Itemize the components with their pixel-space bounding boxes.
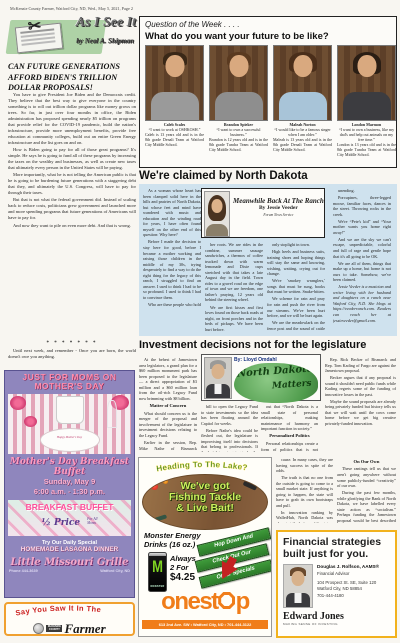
masthead-dateline: McKenzie County Farmer, Watford City, ND… <box>10 6 133 11</box>
investment-column-d: Rep. Rick Becker of Bismarck and Rep. To… <box>325 357 396 451</box>
centerpiece-bucket <box>56 396 84 424</box>
farmer-logo-text: Farmer <box>64 622 105 635</box>
ej-headline-line1: Financial strategies <box>283 536 390 548</box>
lasagna-line: HOMEMADE LASAGNA DINNER <box>5 546 134 554</box>
body-paragraph: More importantly, what he is not telling… <box>8 172 136 196</box>
face-shape <box>293 55 312 77</box>
student-bio: Maleah is 13 years old and is in the 8th… <box>273 137 332 152</box>
body-paragraph: Jessie Veeder is a musician and writer l… <box>333 284 391 323</box>
body-paragraph: High heels and business suits, training … <box>267 249 325 277</box>
body-paragraph: We're “Pete's kid” and “Your mother want… <box>333 219 391 236</box>
ranch-column-title: Meanwhile Back At The Ranch <box>233 197 324 205</box>
body-paragraph: How is Biden going to pay for all of tho… <box>8 147 136 171</box>
svg-text:Heading To The Lake?: Heading To The Lake? <box>156 460 249 473</box>
face-shape <box>229 55 248 77</box>
investment-column-b: bill to open the Legacy Fund to state in… <box>201 404 258 452</box>
suit-shape <box>286 593 310 607</box>
buffet-time: 6:00 a.m. - 1:30 p.m. <box>5 487 134 497</box>
body-paragraph: On Our Own <box>337 459 396 465</box>
ranch-column-byline: By Jessie Veeder <box>233 205 324 212</box>
nd-matters-title-line2: Matters <box>272 380 312 392</box>
editorial-headline: CAN FUTURE GENERATIONS AFFORD BIDEN'S TR… <box>8 62 136 94</box>
student-quote: “I want to own a successful business.” <box>209 127 268 137</box>
investment-column-c: out that “North Dakota is a small state … <box>261 404 318 452</box>
student-quote: “I want to own a business, like my dad's… <box>337 127 396 142</box>
advisor-photo <box>283 564 313 608</box>
body-paragraph: We scheme for rain and pray for rain and… <box>267 296 325 318</box>
body-paragraph: Before Nathe's idea could be fleshed out… <box>201 428 258 452</box>
body-paragraph: out that “North Dakota is a small state … <box>261 404 318 432</box>
dinner-plate: Happy Mother's Day <box>40 428 100 452</box>
heading-to-lake-arc: Heading To The Lake? <box>139 459 271 474</box>
rose-bouquet <box>10 396 26 410</box>
ranch-column-3: only stoplight in town.High heels and bu… <box>267 242 325 332</box>
restaurant-city: Watford City, ND <box>100 570 130 574</box>
buffet-date: Sunday, May 9 <box>5 477 134 487</box>
body-paragraph: We are the meadowlark on the fence post … <box>267 320 325 332</box>
face-shape <box>165 55 184 77</box>
body-paragraph: Matter of Concern <box>139 403 197 409</box>
scissors-mark-icon: ✂ <box>27 17 47 37</box>
omdahl-byline-box: By: Lloyd Omdahl North Dakota Matters <box>201 354 321 401</box>
jessie-veeder-photo <box>204 191 230 237</box>
body-paragraph: As a woman whose heart has been clamped … <box>143 188 201 238</box>
ranch-column-1: As a woman whose heart has been clamped … <box>143 188 201 332</box>
student-photo <box>273 45 332 121</box>
newspaper-page: McKenzie County Farmer, Watford City, ND… <box>0 0 400 643</box>
student-quote: “I would like to be a famous singer when… <box>273 127 332 137</box>
face-shape <box>357 55 376 77</box>
body-paragraph: Becker argues that if any proposal is so… <box>325 375 396 397</box>
student-profile: London Marmon “I want to own a business,… <box>337 45 396 157</box>
ranch-column-2: her roots. We are rides in the combine, … <box>205 242 263 332</box>
body-paragraph: What should concern us is the merger of … <box>139 411 197 439</box>
plate-greeting-text: Happy Mother's Day <box>41 436 99 439</box>
onestop-logo: onestp <box>139 590 271 614</box>
north-dakota-map-graphic: North Dakota Matters <box>234 363 318 403</box>
body-paragraph: unending. <box>333 188 391 194</box>
student-bio: Brandon is 12 years old and is in the 8t… <box>209 137 268 152</box>
body-paragraph: We are all of them, things that make up … <box>333 261 391 283</box>
face-shape <box>212 364 225 379</box>
body-paragraph: Who are these people who hold <box>143 302 201 308</box>
question-of-week-box: Question of the Week . . . . What do you… <box>139 16 397 168</box>
oval-text-line3: & Live Bait! <box>143 503 267 514</box>
monster-can-image: M MONSTER <box>148 552 167 592</box>
body-paragraph: Maybe the sound proposals are already be… <box>325 399 396 427</box>
body-paragraph: The truth is that no one from the outsid… <box>276 475 333 508</box>
body-paragraph: You have to give President Joe Biden and… <box>8 92 136 145</box>
ranch-column-header-box: Meanwhile Back At The Ranch By Jessie Ve… <box>201 188 325 238</box>
nd-matters-title-line1: North Dakota <box>237 364 314 379</box>
always-text: Always <box>170 554 196 563</box>
body-paragraph: We are first kisses and first loves foun… <box>205 305 263 332</box>
advisor-name: Douglas J. Rolfson, AAMS® <box>317 564 379 571</box>
student-photo <box>209 45 268 121</box>
restaurant-name: Little Missouri Grille <box>5 557 134 568</box>
qow-kicker: Question of the Week . . . . <box>145 20 391 30</box>
half-price-text: ½ Price <box>41 519 80 529</box>
monster-claw-logo: M <box>149 558 166 574</box>
logo-text-pre: onest <box>161 588 218 615</box>
body-paragraph: And now they want to pile on even more d… <box>8 223 136 229</box>
body-paragraph: Personal relationships create a form of … <box>261 441 318 452</box>
ranch-column-credit: Forum News Service <box>233 213 324 218</box>
wine-glass <box>107 400 117 428</box>
breakfast-buffet-banner: BREAKFAST BUFFET ½ Price For All Moms <box>8 500 131 536</box>
body-paragraph: her roots. We are rides in the combine, … <box>205 242 263 303</box>
lloyd-omdahl-photo <box>204 357 232 399</box>
asterisk-divider: * * * * * * * <box>8 341 136 346</box>
body-paragraph: We're 'smokey wranglers,' songs that mus… <box>267 278 325 295</box>
onestop-ad: Heading To The Lake? We've got Fishing T… <box>138 457 272 637</box>
ej-headline-line2: built just for you. <box>283 548 390 560</box>
investment-article-headline: Investment decisions not for the legisla… <box>139 339 397 351</box>
investment-column-a: At the behest of Jamestown area legislat… <box>139 357 197 451</box>
student-profile: Caleb Scales “I want to work at OSHKOSH.… <box>145 45 204 157</box>
hoodie-shape <box>151 92 199 120</box>
body-paragraph: cause. In many cases, they are having su… <box>276 457 333 474</box>
body-paragraph: Personalized Politics <box>261 433 318 439</box>
logo-text-post: p <box>236 588 249 615</box>
ranch-article-headline: We're claimed by North Dakota <box>139 170 308 183</box>
moms-text: Moms <box>87 521 96 525</box>
body-paragraph: In innovation ranking by WalletHub, Nort… <box>276 510 333 523</box>
student-photo <box>337 45 396 121</box>
ranch-column-4: unending.Porcupines, three-legged moose,… <box>333 188 391 334</box>
face-shape <box>292 571 305 586</box>
as-i-see-it-logo: ✂ As I See It by Neal A. Shipman <box>8 16 136 58</box>
column-logo-byline: by Neal A. Shipman <box>76 38 134 45</box>
buffet-script-line: Mother's Day Breakfast Buffet <box>5 457 134 478</box>
student-photo <box>145 45 204 121</box>
body-paragraph: bill to open the Legacy Fund to state in… <box>201 404 258 426</box>
student-bio: London is 13 years old and is in the 8th… <box>337 142 396 157</box>
student-bio: Caleb is 13 years old and is in the 8th … <box>145 132 204 147</box>
student-profile: Maleah Norton “I would like to be a famo… <box>273 45 332 157</box>
face-shape <box>212 199 223 213</box>
body-paragraph: Before I made the decision to stay here … <box>143 239 201 300</box>
editorial-closing-line: Until next week, and remember - Once you… <box>8 348 136 360</box>
lure-shape <box>149 514 167 523</box>
daily-special-line: Try Our Daily Special <box>5 540 134 547</box>
banner-title: BREAKFAST BUFFET <box>8 503 131 512</box>
student-profile: Brandon Spieker “I want to own a success… <box>209 45 268 157</box>
edward-jones-logo: Edward Jones <box>283 612 390 622</box>
restaurant-phone: Phone 444-3639 <box>9 570 38 574</box>
for-all-moms-text: For All Moms <box>87 518 97 526</box>
column-logo-title: As I See It <box>76 16 136 30</box>
qow-photo-row: Caleb Scales “I want to work at OSHKOSH.… <box>145 45 391 157</box>
body-paragraph: These rantings tell us that we aren't go… <box>337 466 396 488</box>
ej-website: edwardjones.com <box>283 636 316 638</box>
editorial-body-column: You have to give President Joe Biden and… <box>8 92 136 338</box>
arc-text-graphic: Say You Saw It In The <box>6 604 133 617</box>
product-line2: Drinks (16 oz.) <box>144 541 201 550</box>
shirt-shape <box>279 92 327 120</box>
mothers-day-ad: JUST FOR MOMS ON MOTHER'S DAY Happy Moth… <box>4 370 135 598</box>
torso-shape <box>206 224 228 236</box>
svg-text:Say You Saw It In The: Say You Saw It In The <box>15 604 102 617</box>
say-you-saw-it-banner: Say You Saw It In The McKENZIE COUNTY Fa… <box>4 602 135 636</box>
hoodie-shape <box>215 92 263 120</box>
onestop-address-bar: 613 2nd Ave. SW • Watford City, ND • 701… <box>142 620 268 629</box>
body-paragraph: But that is not what the federal governm… <box>8 197 136 221</box>
table-setting-photo: Happy Mother's Day <box>8 394 131 454</box>
lake-arc-text: Heading To The Lake? <box>156 460 249 473</box>
body-paragraph: Rep. Rick Becker of Bismarck and Rep. To… <box>325 357 396 374</box>
advisor-phone: 701-444-4180 <box>317 593 379 599</box>
qow-question: What do you want your future to be like? <box>145 31 391 42</box>
body-paragraph: And we are the sky we can't escape, unpr… <box>333 237 391 259</box>
stop-sign-icon <box>218 592 235 609</box>
suit-shape <box>206 384 230 398</box>
newspaper-roll-icon <box>33 623 44 634</box>
price-text: $4.25 <box>170 573 196 583</box>
county-line2: COUNTY <box>48 629 61 632</box>
body-paragraph: During the past few months, while glorif… <box>337 490 396 523</box>
rose-bouquet <box>24 416 37 427</box>
county-label: McKENZIE COUNTY <box>46 625 62 633</box>
edward-jones-ad: Financial strategies built just for you.… <box>276 530 397 638</box>
body-paragraph: At the behest of Jamestown area legislat… <box>139 357 197 401</box>
body-paragraph: Porcupines, three-legged moose, familiar… <box>333 195 391 217</box>
investment-column-f: On Our OwnThese rantings tell us that we… <box>337 457 396 523</box>
moms-ad-title-line2: MOTHER'S DAY <box>5 382 134 391</box>
investment-column-e: cause. In many cases, they are having su… <box>276 457 333 523</box>
hoodie-shape <box>343 92 391 120</box>
tackle-photo-oval: We've got Fishing Tackle & Live Bait! <box>142 474 268 530</box>
body-paragraph: Earlier in the session, Rep. Mike Nathe … <box>139 440 197 451</box>
banner-arc-text: Say You Saw It In The <box>15 604 102 617</box>
body-paragraph: only stoplight in town. <box>267 242 325 248</box>
ej-tagline: MAKING SENSE OF INVESTING <box>283 622 390 626</box>
